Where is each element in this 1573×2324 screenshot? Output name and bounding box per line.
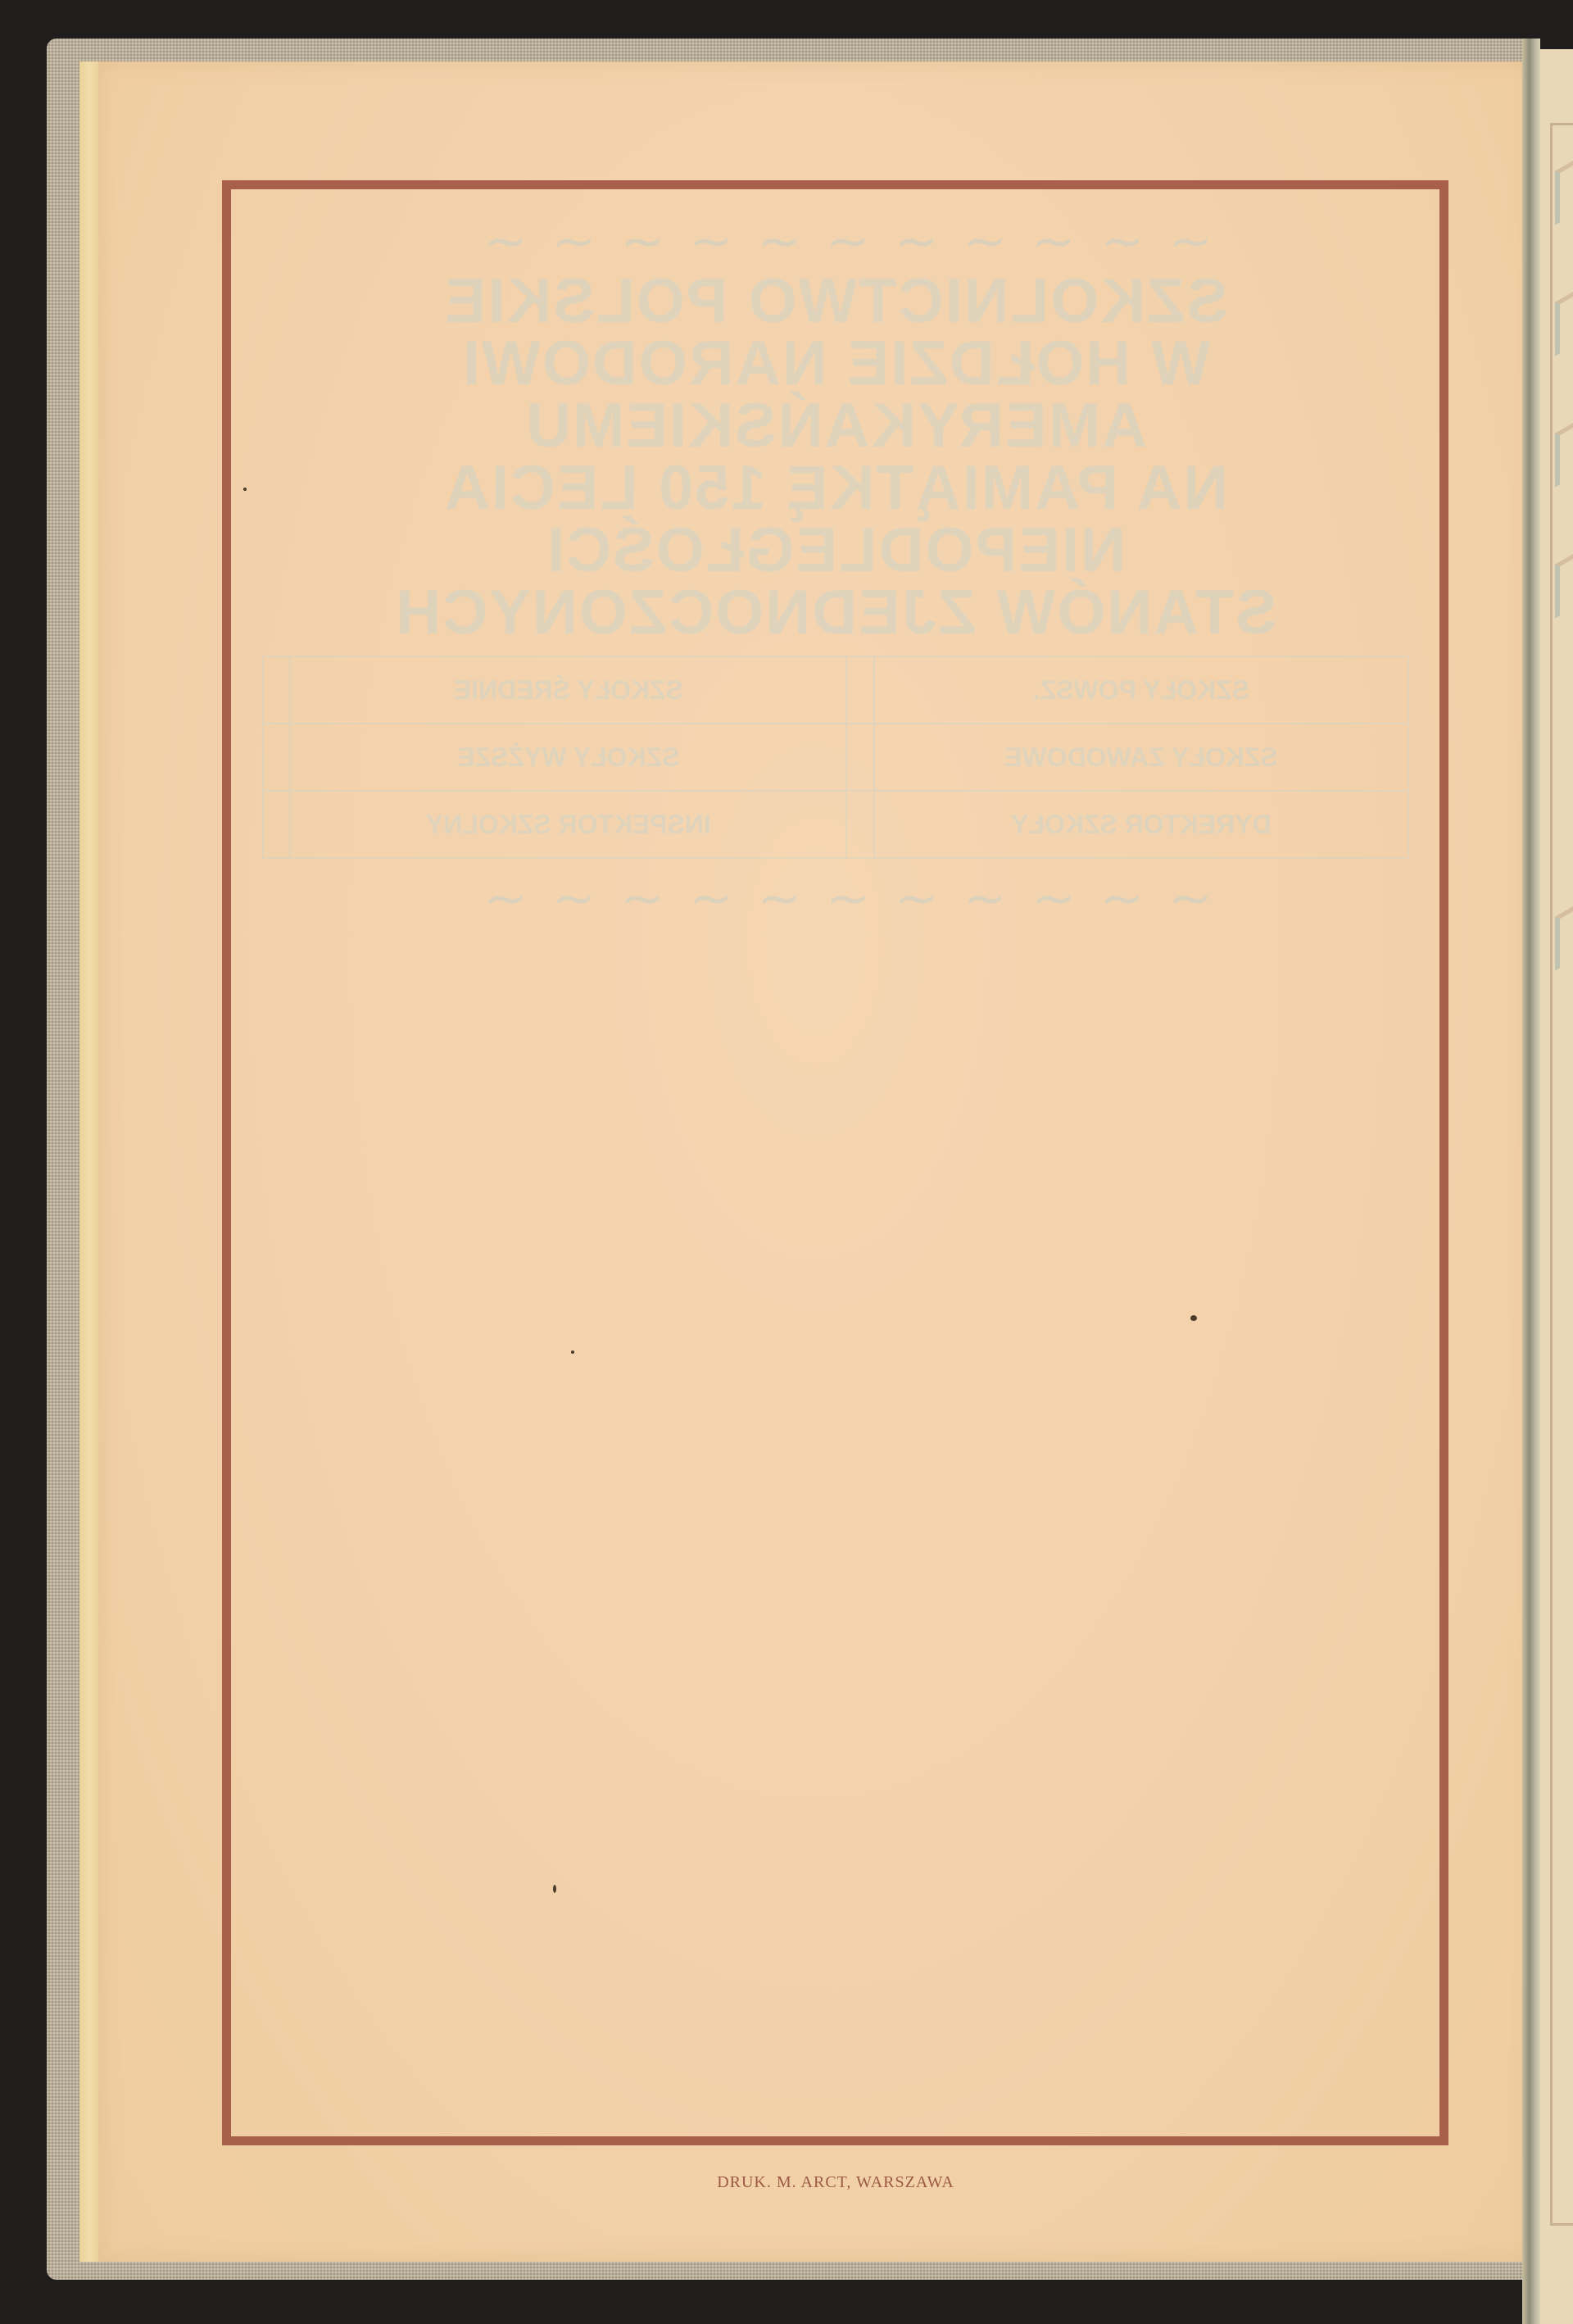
facing-page-edge bbox=[1540, 49, 1573, 2324]
decorative-border-frame bbox=[222, 180, 1448, 2145]
book-gutter bbox=[1522, 39, 1540, 2324]
paper-speck bbox=[1190, 1315, 1197, 1321]
paper-speck bbox=[571, 1350, 574, 1354]
paper-speck bbox=[553, 1885, 556, 1893]
paper-speck bbox=[243, 488, 247, 491]
printer-imprint: DRUK. M. ARCT, WARSZAWA bbox=[0, 2173, 1573, 2192]
